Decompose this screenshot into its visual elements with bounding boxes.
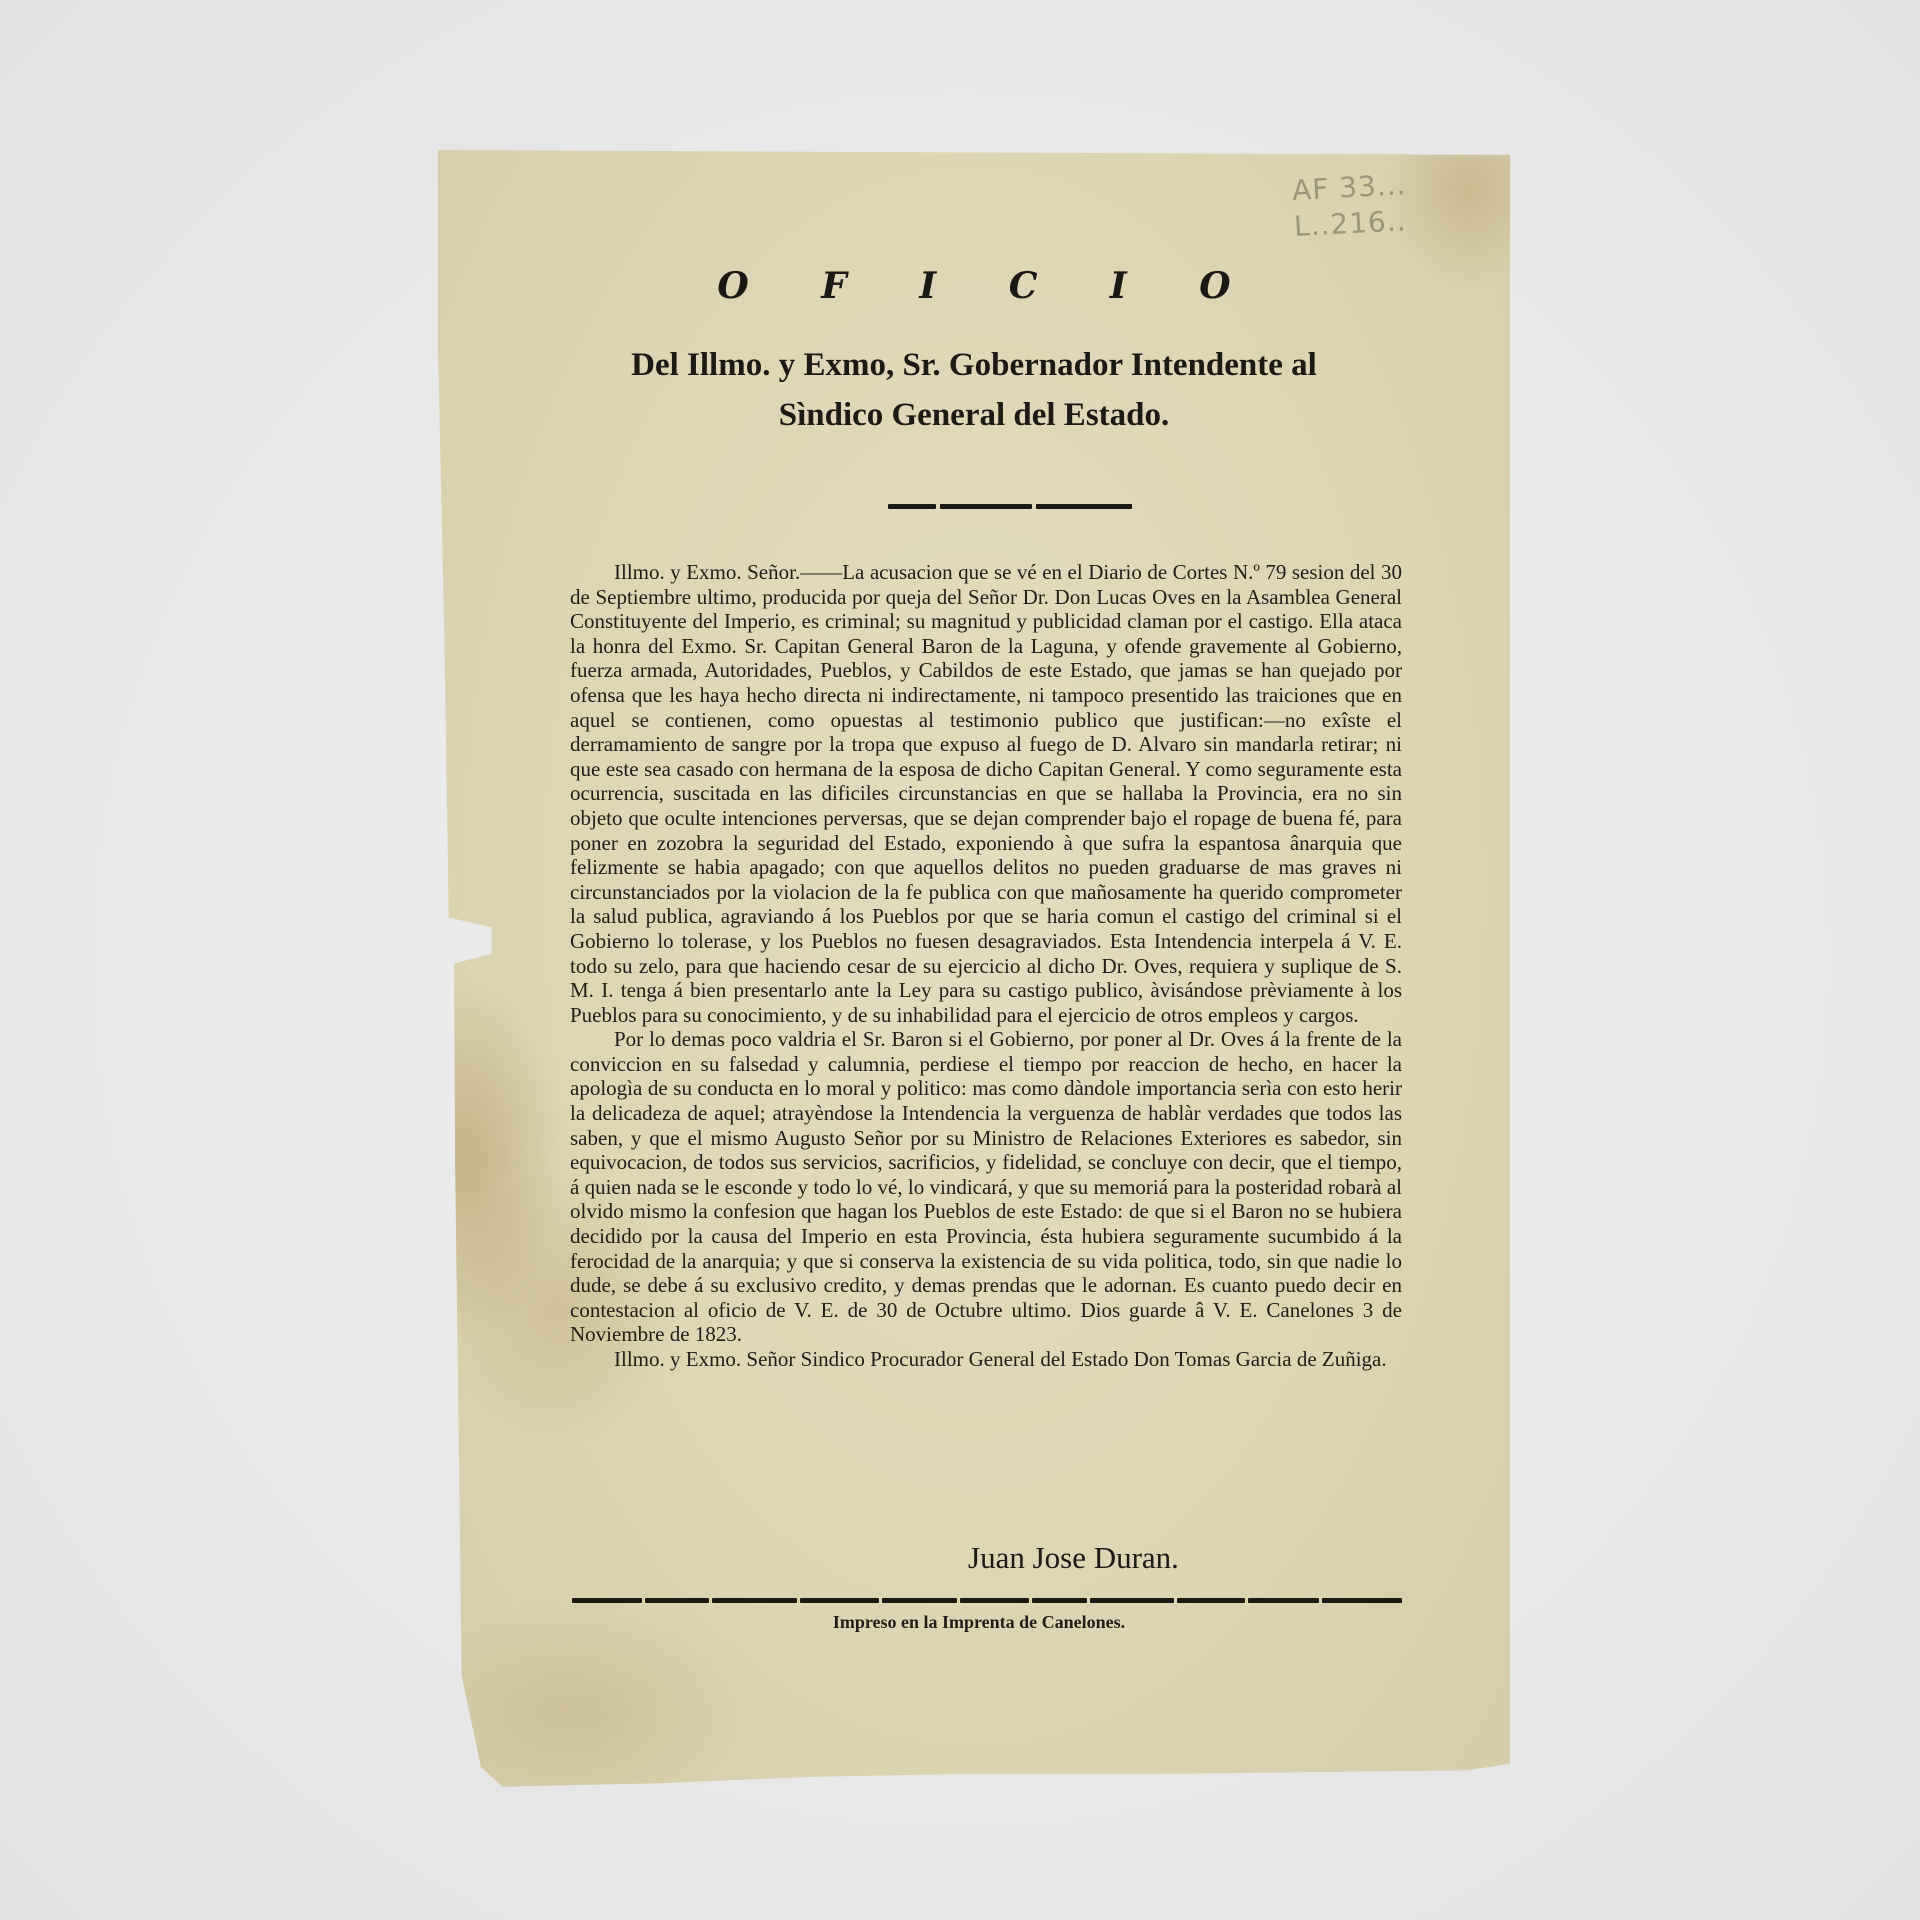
- paragraph-2: Por lo demas poco valdria el Sr. Baron s…: [570, 1027, 1402, 1347]
- photo-backdrop: AF 33... L..216.. O F I C I O Del Illmo.…: [0, 0, 1920, 1920]
- subtitle-line-2: Sìndico General del Estado.: [438, 390, 1510, 440]
- pencil-note-line-1: AF 33...: [1291, 167, 1407, 209]
- signature: Juan Jose Duran.: [968, 1540, 1179, 1576]
- pencil-catalog-note: AF 33... L..216..: [1291, 167, 1409, 245]
- letter-body: Illmo. y Exmo. Señor.——La acusacion que …: [570, 560, 1402, 1372]
- document-subtitle: Del Illmo. y Exmo, Sr. Gobernador Intend…: [438, 340, 1510, 440]
- printer-imprint: Impreso en la Imprenta de Canelones.: [438, 1612, 1510, 1633]
- decorative-rule-top: [888, 504, 1138, 509]
- document-title: O F I C I O: [438, 265, 1510, 307]
- subtitle-line-1: Del Illmo. y Exmo, Sr. Gobernador Intend…: [438, 340, 1510, 390]
- pencil-note-line-2: L..216..: [1293, 203, 1409, 245]
- paragraph-1: Illmo. y Exmo. Señor.——La acusacion que …: [570, 560, 1402, 1027]
- paragraph-addressee: Illmo. y Exmo. Señor Sindico Procurador …: [570, 1347, 1402, 1372]
- decorative-rule-bottom: [572, 1598, 1402, 1603]
- printed-broadside-sheet: AF 33... L..216.. O F I C I O Del Illmo.…: [438, 150, 1510, 1790]
